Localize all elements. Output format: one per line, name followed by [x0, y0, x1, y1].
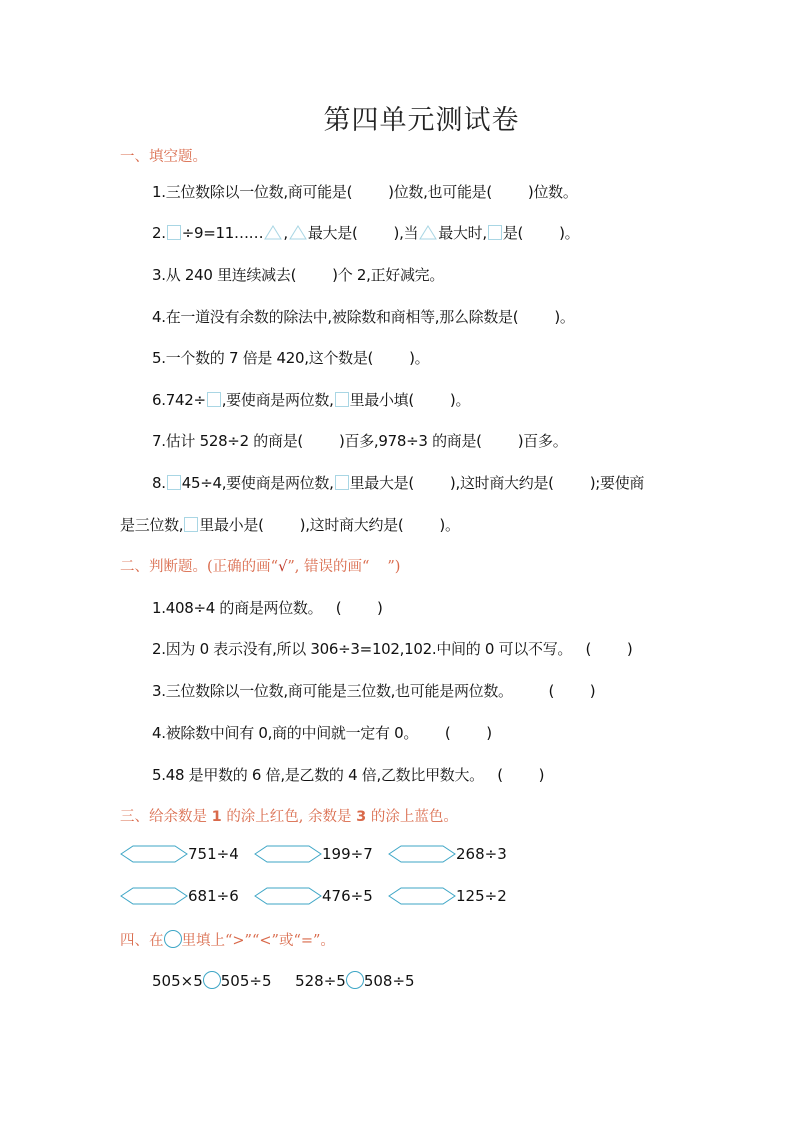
fill-q2: 2.÷9=11……,最大是(),当最大时,是()。 — [152, 222, 579, 243]
square-box-icon — [488, 225, 502, 240]
fill-q4: 4.在一道没有余数的除法中,被除数和商相等,那么除数是()。 — [152, 306, 575, 327]
fill-q7: 7.估计 528÷2 的商是()百多,978÷3 的商是()百多。 — [152, 430, 567, 451]
triangle-icon — [264, 225, 282, 240]
color-row: 681÷6 476÷5 125÷2 — [120, 887, 522, 905]
answer-paren[interactable]: ( ) — [497, 766, 544, 784]
circle-icon — [164, 930, 182, 948]
color-item[interactable]: 681÷6 — [120, 887, 254, 905]
color-row: 751÷4 199÷7 268÷3 — [120, 845, 522, 863]
fill-q1: 1.三位数除以一位数,商可能是()位数,也可能是()位数。 — [152, 181, 578, 202]
judge-item: 1.408÷4 的商是两位数。 ( ) — [152, 597, 383, 618]
triangle-icon — [289, 225, 307, 240]
judge-item: 5.48 是甲数的 6 倍,是乙数的 4 倍,乙数比甲数大。 ( ) — [152, 764, 544, 785]
color-item[interactable]: 476÷5 — [254, 887, 388, 905]
compare-circle[interactable] — [203, 971, 221, 989]
square-box-icon — [167, 475, 181, 490]
section-1-heading: 一、填空题。 — [120, 145, 207, 166]
section-3-heading: 三、给余数是 1 的涂上红色, 余数是 3 的涂上蓝色。 — [120, 805, 458, 826]
color-item[interactable]: 199÷7 — [254, 845, 388, 863]
fill-q8: 8.45÷4,要使商是两位数,里最大是(),这时商大约是();要使商 — [152, 472, 644, 493]
hexagon-shape-icon[interactable] — [120, 845, 188, 863]
color-item[interactable]: 268÷3 — [388, 845, 522, 863]
answer-paren[interactable]: ( ) — [336, 599, 383, 617]
answer-paren[interactable]: ( ) — [549, 682, 596, 700]
color-item[interactable]: 125÷2 — [388, 887, 522, 905]
check-mark-icon: √ — [278, 559, 287, 575]
hexagon-shape-icon[interactable] — [388, 887, 456, 905]
square-box-icon — [335, 392, 349, 407]
hexagon-shape-icon[interactable] — [254, 887, 322, 905]
section-4-heading: 四、在里填上“>”“<”或“=”。 — [120, 929, 335, 950]
hexagon-shape-icon[interactable] — [388, 845, 456, 863]
fill-q8-continued: 是三位数,里最小是(),这时商大约是()。 — [120, 514, 460, 535]
hexagon-shape-icon[interactable] — [254, 845, 322, 863]
fill-q6: 6.742÷,要使商是两位数,里最小填()。 — [152, 389, 470, 410]
judge-item: 4.被除数中间有 0,商的中间就一定有 0。 ( ) — [152, 722, 492, 743]
fill-q3: 3.从 240 里连续减去()个 2,正好减完。 — [152, 264, 444, 285]
square-box-icon — [167, 225, 181, 240]
answer-paren[interactable]: ( ) — [586, 640, 633, 658]
triangle-icon — [419, 225, 437, 240]
page-title: 第四单元测试卷 — [0, 98, 793, 137]
compare-row: 505×5505÷5 528÷5508÷5 — [152, 971, 415, 990]
section-2-heading: 二、判断题。(正确的画“√”, 错误的画“”) — [120, 555, 400, 576]
judge-item: 2.因为 0 表示没有,所以 306÷3=102,102.中间的 0 可以不写。… — [152, 638, 632, 659]
square-box-icon — [184, 517, 198, 532]
hexagon-shape-icon[interactable] — [120, 887, 188, 905]
judge-item: 3.三位数除以一位数,商可能是三位数,也可能是两位数。 ( ) — [152, 680, 595, 701]
color-item[interactable]: 751÷4 — [120, 845, 254, 863]
square-box-icon — [207, 392, 221, 407]
compare-circle[interactable] — [346, 971, 364, 989]
fill-q5: 5.一个数的 7 倍是 420,这个数是()。 — [152, 347, 429, 368]
answer-paren[interactable]: ( ) — [445, 724, 492, 742]
square-box-icon — [335, 475, 349, 490]
